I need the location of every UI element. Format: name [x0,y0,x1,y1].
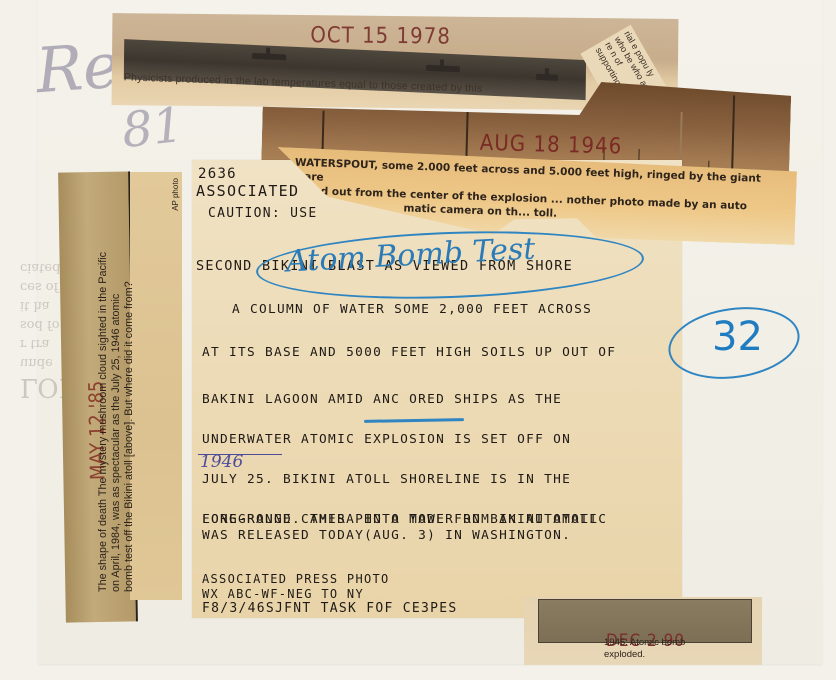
body-line: LONG-RANGE CAMERA IN A TOWER ON BIKINI A… [202,512,598,527]
clipping-dec-1990: DEC 2 90 1945: Atomic bomb exploded. [524,597,762,665]
date-stamp: AUG 18 1946 [479,131,622,160]
pole [731,95,735,175]
footer-line: WX ABC-WF-NEG TO NY [202,587,364,601]
body-line: JULY 25. BIKINI ATOLL SHORELINE IS IN TH… [202,472,571,487]
footer-line: F8/3/46SJFNT TASK FOF CE3PES [202,601,458,616]
handwritten-year: 1946 [200,452,243,472]
body-line: AT ITS BASE AND 5000 FEET HIGH SOILS UP … [202,345,616,360]
agency-header: ASSOCIATED [196,182,299,200]
ship-icon [252,53,286,61]
circled-number: 32 [712,314,763,360]
photo-credit: AP photo [171,178,180,211]
caution-line: CAUTION: USE [208,206,318,221]
body-line: WAS RELEASED TODAY(AUG. 3) IN WASHINGTON… [202,528,571,543]
date-stamp: OCT 15 1978 [310,23,451,49]
body-line: UNDERWATER ATOMIC EXPLOSION IS SET OFF O… [202,432,571,447]
footer-line: ASSOCIATED PRESS PHOTO [202,572,390,586]
clipping-may-caption: AP photo The shape of death The mystery … [130,172,182,600]
body-line: A COLUMN OF WATER SOME 2,000 FEET ACROSS [232,302,592,317]
clipping-caption: 1945: Atomic bomb exploded. [604,637,685,661]
sheet-number: 2636 [198,166,237,182]
ship-icon [536,74,558,81]
pencil-number: 81 [119,97,186,159]
body-line: BAKINI LAGOON AMID ANC ORED SHIPS AS THE [202,392,562,407]
ship-icon [426,65,460,73]
